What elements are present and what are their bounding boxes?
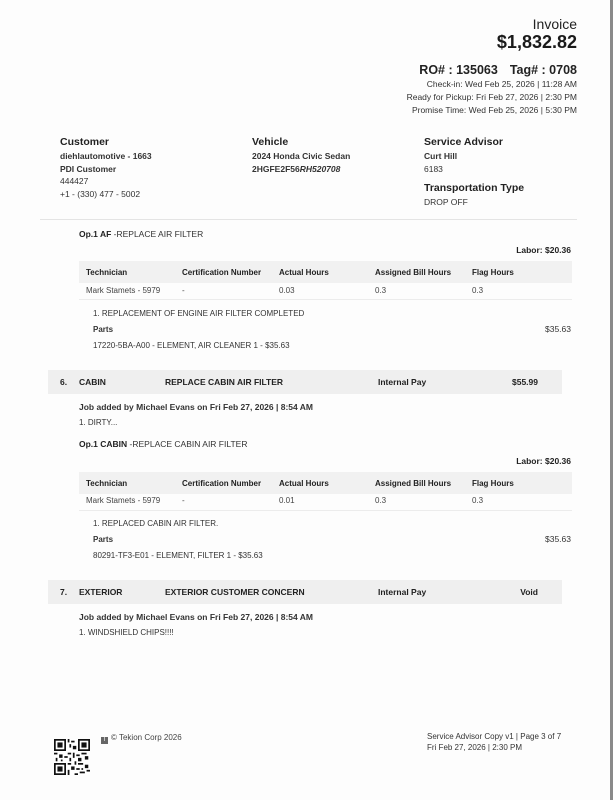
row-divider bbox=[79, 299, 572, 300]
ro-tag-line: RO# : 135063Tag# : 0708 bbox=[419, 63, 577, 77]
col-technician: Technician bbox=[86, 268, 127, 277]
customer-name: diehlautomotive - 1663 bbox=[60, 150, 152, 163]
tekion-logo-icon: T bbox=[101, 737, 108, 744]
col-assigned-bill-hours: Assigned Bill Hours bbox=[375, 268, 451, 277]
customer-block: Customer diehlautomotive - 1663 PDI Cust… bbox=[60, 136, 152, 200]
row-divider bbox=[79, 510, 572, 511]
cell-actual-hours: 0.01 bbox=[279, 496, 295, 505]
col-flag-hours: Flag Hours bbox=[472, 268, 514, 277]
job-concern-7: 1. WINDSHIELD CHIPS!!!! bbox=[79, 628, 174, 637]
cell-assigned-bill-hours: 0.3 bbox=[375, 286, 386, 295]
job-pay-type: Internal Pay bbox=[378, 587, 426, 597]
service-advisor-id: 6183 bbox=[424, 163, 524, 176]
customer-type: PDI Customer bbox=[60, 163, 152, 176]
document-type-label: Invoice bbox=[533, 16, 577, 32]
vin-prefix: 2HGFE2F56 bbox=[252, 164, 300, 174]
cell-actual-hours: 0.03 bbox=[279, 286, 295, 295]
col-flag-hours: Flag Hours bbox=[472, 479, 514, 488]
op-code: Op.1 CABIN bbox=[79, 439, 127, 449]
part-item-cabin: 80291-TF3-E01 - ELEMENT, FILTER 1 - $35.… bbox=[93, 551, 263, 560]
job-number: 7. bbox=[60, 587, 67, 597]
vin-suffix: RH520708 bbox=[300, 164, 341, 174]
parts-total-af: $35.63 bbox=[545, 324, 571, 334]
job-concern-6: 1. DIRTY... bbox=[79, 418, 117, 427]
col-technician: Technician bbox=[86, 479, 127, 488]
invoice-total: $1,832.82 bbox=[497, 32, 577, 53]
vehicle-block: Vehicle 2024 Honda Civic Sedan 2HGFE2F56… bbox=[252, 136, 350, 175]
job-code: CABIN bbox=[79, 377, 106, 387]
op-note-af: 1. REPLACEMENT OF ENGINE AIR FILTER COMP… bbox=[93, 309, 304, 318]
job-code: EXTERIOR bbox=[79, 587, 122, 597]
vehicle-model: 2024 Honda Civic Sedan bbox=[252, 150, 350, 163]
customer-phone: +1 - (330) 477 - 5002 bbox=[60, 188, 152, 201]
service-advisor-title: Service Advisor bbox=[424, 136, 524, 148]
job-row-6: 6. CABIN REPLACE CABIN AIR FILTER Intern… bbox=[48, 370, 562, 394]
cell-technician: Mark Stamets - 5979 bbox=[86, 286, 160, 295]
qr-code bbox=[54, 738, 90, 776]
job-amount: Void bbox=[520, 587, 538, 597]
tag-number: Tag# : 0708 bbox=[510, 63, 577, 77]
part-item-af: 17220-5BA-A00 - ELEMENT, AIR CLEANER 1 -… bbox=[93, 341, 290, 350]
cell-certification: - bbox=[182, 496, 185, 505]
job-title: EXTERIOR CUSTOMER CONCERN bbox=[165, 587, 305, 597]
cell-certification: - bbox=[182, 286, 185, 295]
section-divider bbox=[40, 219, 577, 220]
col-actual-hours: Actual Hours bbox=[279, 479, 329, 488]
cell-assigned-bill-hours: 0.3 bbox=[375, 496, 386, 505]
promise-time: Promise Time: Wed Feb 25, 2026 | 5:30 PM bbox=[412, 105, 577, 115]
parts-label-cabin: Parts bbox=[93, 535, 113, 544]
job-row-7: 7. EXTERIOR EXTERIOR CUSTOMER CONCERN In… bbox=[48, 580, 562, 604]
job-added-by-7: Job added by Michael Evans on Fri Feb 27… bbox=[79, 612, 313, 622]
cell-flag-hours: 0.3 bbox=[472, 496, 483, 505]
vehicle-title: Vehicle bbox=[252, 136, 350, 148]
job-number: 6. bbox=[60, 377, 67, 387]
service-advisor-name: Curt Hill bbox=[424, 150, 524, 163]
ro-number: RO# : 135063 bbox=[419, 63, 498, 77]
cell-flag-hours: 0.3 bbox=[472, 286, 483, 295]
labor-amount-af: Labor: $20.36 bbox=[516, 245, 571, 255]
job-title: REPLACE CABIN AIR FILTER bbox=[165, 377, 283, 387]
parts-total-cabin: $35.63 bbox=[545, 534, 571, 544]
op-title-cabin: Op.1 CABIN -REPLACE CABIN AIR FILTER bbox=[79, 439, 247, 449]
copy-page-info: Service Advisor Copy v1 | Page 3 of 7 bbox=[427, 732, 561, 741]
service-advisor-block: Service Advisor Curt Hill 6183 Transport… bbox=[424, 136, 524, 209]
col-actual-hours: Actual Hours bbox=[279, 268, 329, 277]
labor-amount-cabin: Labor: $20.36 bbox=[516, 456, 571, 466]
col-assigned-bill-hours: Assigned Bill Hours bbox=[375, 479, 451, 488]
job-pay-type: Internal Pay bbox=[378, 377, 426, 387]
printed-timestamp: Fri Feb 27, 2026 | 2:30 PM bbox=[427, 743, 522, 752]
ready-for-pickup-time: Ready for Pickup: Fri Feb 27, 2026 | 2:3… bbox=[407, 92, 577, 102]
cell-technician: Mark Stamets - 5979 bbox=[86, 496, 160, 505]
parts-label-af: Parts bbox=[93, 325, 113, 334]
vehicle-vin: 2HGFE2F56RH520708 bbox=[252, 163, 350, 176]
col-certification: Certification Number bbox=[182, 479, 261, 488]
job-amount: $55.99 bbox=[512, 377, 538, 387]
check-in-time: Check-in: Wed Feb 25, 2026 | 11:28 AM bbox=[427, 79, 577, 89]
op-desc: -REPLACE AIR FILTER bbox=[111, 229, 203, 239]
copyright-line: T© Tekion Corp 2026 bbox=[101, 733, 182, 744]
customer-id: 444427 bbox=[60, 175, 152, 188]
copyright-text: © Tekion Corp 2026 bbox=[111, 733, 182, 742]
job-added-by-6: Job added by Michael Evans on Fri Feb 27… bbox=[79, 402, 313, 412]
op-desc: -REPLACE CABIN AIR FILTER bbox=[127, 439, 247, 449]
op-note-cabin: 1. REPLACED CABIN AIR FILTER. bbox=[93, 519, 218, 528]
op-code: Op.1 AF bbox=[79, 229, 111, 239]
customer-title: Customer bbox=[60, 136, 152, 148]
transportation-title: Transportation Type bbox=[424, 182, 524, 194]
op-title-af: Op.1 AF -REPLACE AIR FILTER bbox=[79, 229, 203, 239]
transportation-type: DROP OFF bbox=[424, 196, 524, 209]
col-certification: Certification Number bbox=[182, 268, 261, 277]
